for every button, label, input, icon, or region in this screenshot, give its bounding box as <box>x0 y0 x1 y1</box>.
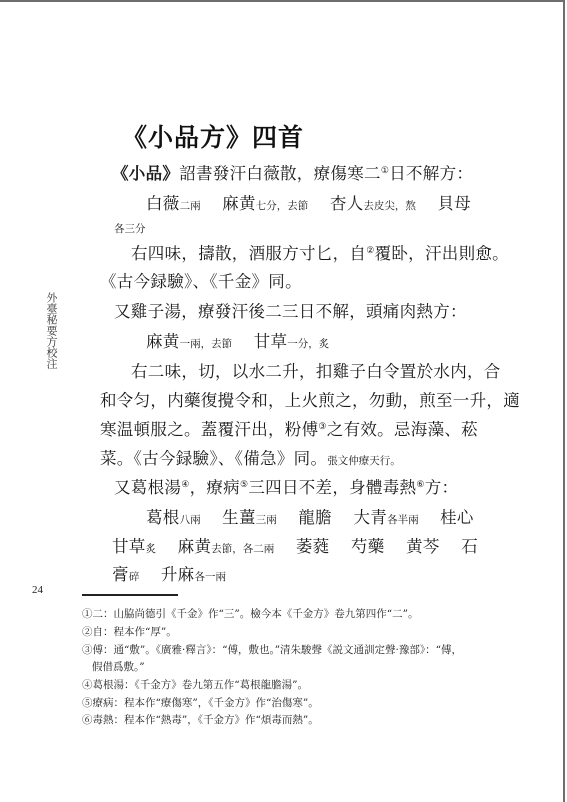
formula-heading-3: 又葛根湯④，療病⑤三四日不差，身體毒熱⑥方： <box>114 474 458 498</box>
ingredient-list-2: 麻黄一兩，去節 甘草一分，炙 <box>146 328 329 352</box>
footnote: ②自：程本作“厚”。 <box>82 624 177 639</box>
ingredient-dosage-note: 各三分 <box>114 221 146 236</box>
page-number: 24 <box>32 584 43 596</box>
footnote: ③傅：通“敷”。《廣雅·釋言》：“傅，敷也。”清朱駿聲《説文通訓定聲·豫部》：“… <box>82 642 462 657</box>
source-note: 菜。《古今録驗》、《備急》同。張文仲療天行。 <box>100 445 401 469</box>
book-page: 《小品方》四首 外臺秘要方校注 《小品》詔書發汗白薇散，療傷寒二①日不解方： 白… <box>0 0 565 802</box>
section-title: 《小品方》四首 <box>122 118 304 154</box>
footnote-separator <box>82 594 178 596</box>
book-citation: 《小品》 <box>112 164 179 183</box>
ingredient: 麻黄七分，去節 <box>222 194 308 213</box>
ingredient: 甘草一分，炙 <box>254 332 330 351</box>
footnote: ⑥毒熱：程本作“熱毒”，《千金方》作“煩毒而熱”。 <box>82 712 319 727</box>
ingredient-list-1: 白薇二兩 麻黄七分，去節 杏人去皮尖，熬 貝母 <box>146 190 471 214</box>
ingredient: 大青各半兩 <box>353 508 418 527</box>
ingredient: 桂心 <box>440 508 474 527</box>
ingredient: 升麻各一兩 <box>161 565 226 584</box>
footnote: ①二：山脇尚德引《千金》作“三”。檢今本《千金方》卷九第四作“二”。 <box>82 606 418 621</box>
formula-heading-2: 又雞子湯，療發汗後二三日不解，頭痛肉熱方： <box>114 298 467 322</box>
preparation-text: 右四味，擣散，酒服方寸匕，自②覆卧，汗出則愈。 <box>131 240 509 264</box>
preparation-text: 寒温頓服之。蓋覆汗出，粉傅③之有效。忌海藻、菘 <box>100 416 478 440</box>
ingredient-list-3: 葛根八兩 生薑三兩 龍膽 大青各半兩 桂心 <box>146 504 474 528</box>
footnote: ⑤療病：程本作“療傷寒”，《千金方》作“治傷寒”。 <box>82 695 319 710</box>
preparation-text: 和令匀，内藥復攪令和，上火煎之，勿動，煎至一升，適 <box>100 387 520 411</box>
ingredient-list-3-cont: 甘草炙 麻黄去節，各二兩 萎蕤 芍藥 黄芩 石 <box>112 533 478 557</box>
source-note: 《古今録驗》、《千金》同。 <box>100 268 302 292</box>
ingredient: 甘草炙 <box>112 537 156 556</box>
ingredient: 杏人去皮尖，熬 <box>330 194 416 213</box>
ingredient: 龍膽 <box>298 508 332 527</box>
ingredient: 石 <box>461 537 478 556</box>
ingredient-list-3-cont: 膏碎 升麻各一兩 <box>112 561 226 585</box>
footnote-ref: ② <box>366 246 374 256</box>
running-head-book-title: 外臺秘要方校注 <box>44 292 58 369</box>
ingredient: 萎蕤 <box>296 537 330 556</box>
ingredient: 白薇二兩 <box>146 194 201 213</box>
ingredient: 麻黄去節，各二兩 <box>178 537 275 556</box>
footnote-ref: ⑥ <box>416 480 424 490</box>
preparation-text: 右二味，切，以水二升，扣雞子白令置於水内，合 <box>131 358 501 382</box>
ingredient: 生薑三兩 <box>222 508 277 527</box>
formula-heading-1: 《小品》詔書發汗白薇散，療傷寒二①日不解方： <box>112 160 473 184</box>
ingredient: 葛根八兩 <box>146 508 201 527</box>
footnote-ref: ③ <box>318 422 326 432</box>
ingredient: 黄芩 <box>406 537 440 556</box>
ingredient: 麻黄一兩，去節 <box>146 332 232 351</box>
footnote-ref: ① <box>381 166 389 176</box>
ingredient: 膏碎 <box>112 565 139 584</box>
footnote: ④葛根湯：《千金方》卷九第五作“葛根龍膽湯”。 <box>82 677 308 692</box>
footnote-continuation: 假借爲敷。” <box>92 659 145 674</box>
ingredient: 貝母 <box>437 194 471 213</box>
footnote-ref: ④ <box>181 480 189 490</box>
ingredient: 芍藥 <box>351 537 385 556</box>
